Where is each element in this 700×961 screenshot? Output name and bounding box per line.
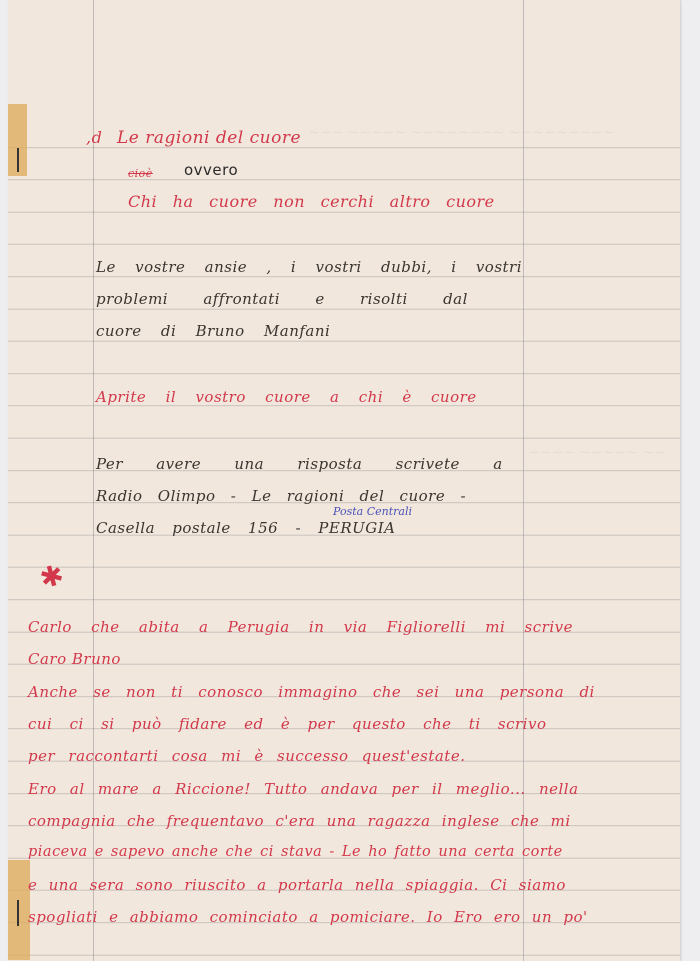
motto: Chi ha cuore non cerchi altro cuore [128,192,495,211]
tape-binding-mark-top [17,148,19,172]
letter-line-3: Anche se non ti conosco immagino che sei… [28,683,595,701]
page-title: Le ragioni del cuore [117,128,301,148]
subtitle-struck-word: cioè [128,167,153,180]
letter-line-6: Ero al mare a Riccione! Tutto andava per… [28,780,579,798]
letter-line-1: Carlo che abita a Perugia in via Figlior… [28,618,573,636]
address-line-3: Casella postale 156 - PERUGIA [96,519,396,537]
address-annotation: Posta Centrali [333,505,412,518]
letter-line-2: Caro Bruno [28,650,121,668]
letter-line-7: compagnia che frequentavo c'era una raga… [28,812,571,830]
letter-line-5: per raccontarti cosa mi è successo quest… [28,747,465,765]
intro-line-3: cuore di Bruno Manfani [96,322,330,340]
tape-binding-mark-bottom [17,900,19,926]
address-line-2: Radio Olimpo - Le ragioni del cuore - [96,487,466,505]
letter-line-4: cui ci si può fidare ed è per questo che… [28,715,546,733]
address-line-1: Per avere una risposta scrivete a [96,455,503,473]
letter-line-9: e una sera sono riuscito a portarla nell… [28,876,566,894]
tape-strip-bottom [8,860,30,960]
slogan: Aprite il vostro cuore a chi è cuore [96,388,477,406]
intro-line-1: Le vostre ansie , i vostri dubbi, i vost… [96,258,522,276]
letter-line-10: spogliati e abbiamo cominciato a pomicia… [28,908,588,926]
letter-line-8: piaceva e sapevo anche che ci stava - Le… [28,844,563,860]
show-through-text: ~~~ ~~~~~ ~~~~~~~~ ~~~~~~~~~ [308,125,615,141]
subtitle: ovvero [184,161,238,179]
title-mark: ,d [86,128,102,147]
intro-line-2: problemi affrontati e risolti dal [96,290,468,308]
show-through-text: ~~~~ ~~~~~ ~~ [528,445,666,461]
